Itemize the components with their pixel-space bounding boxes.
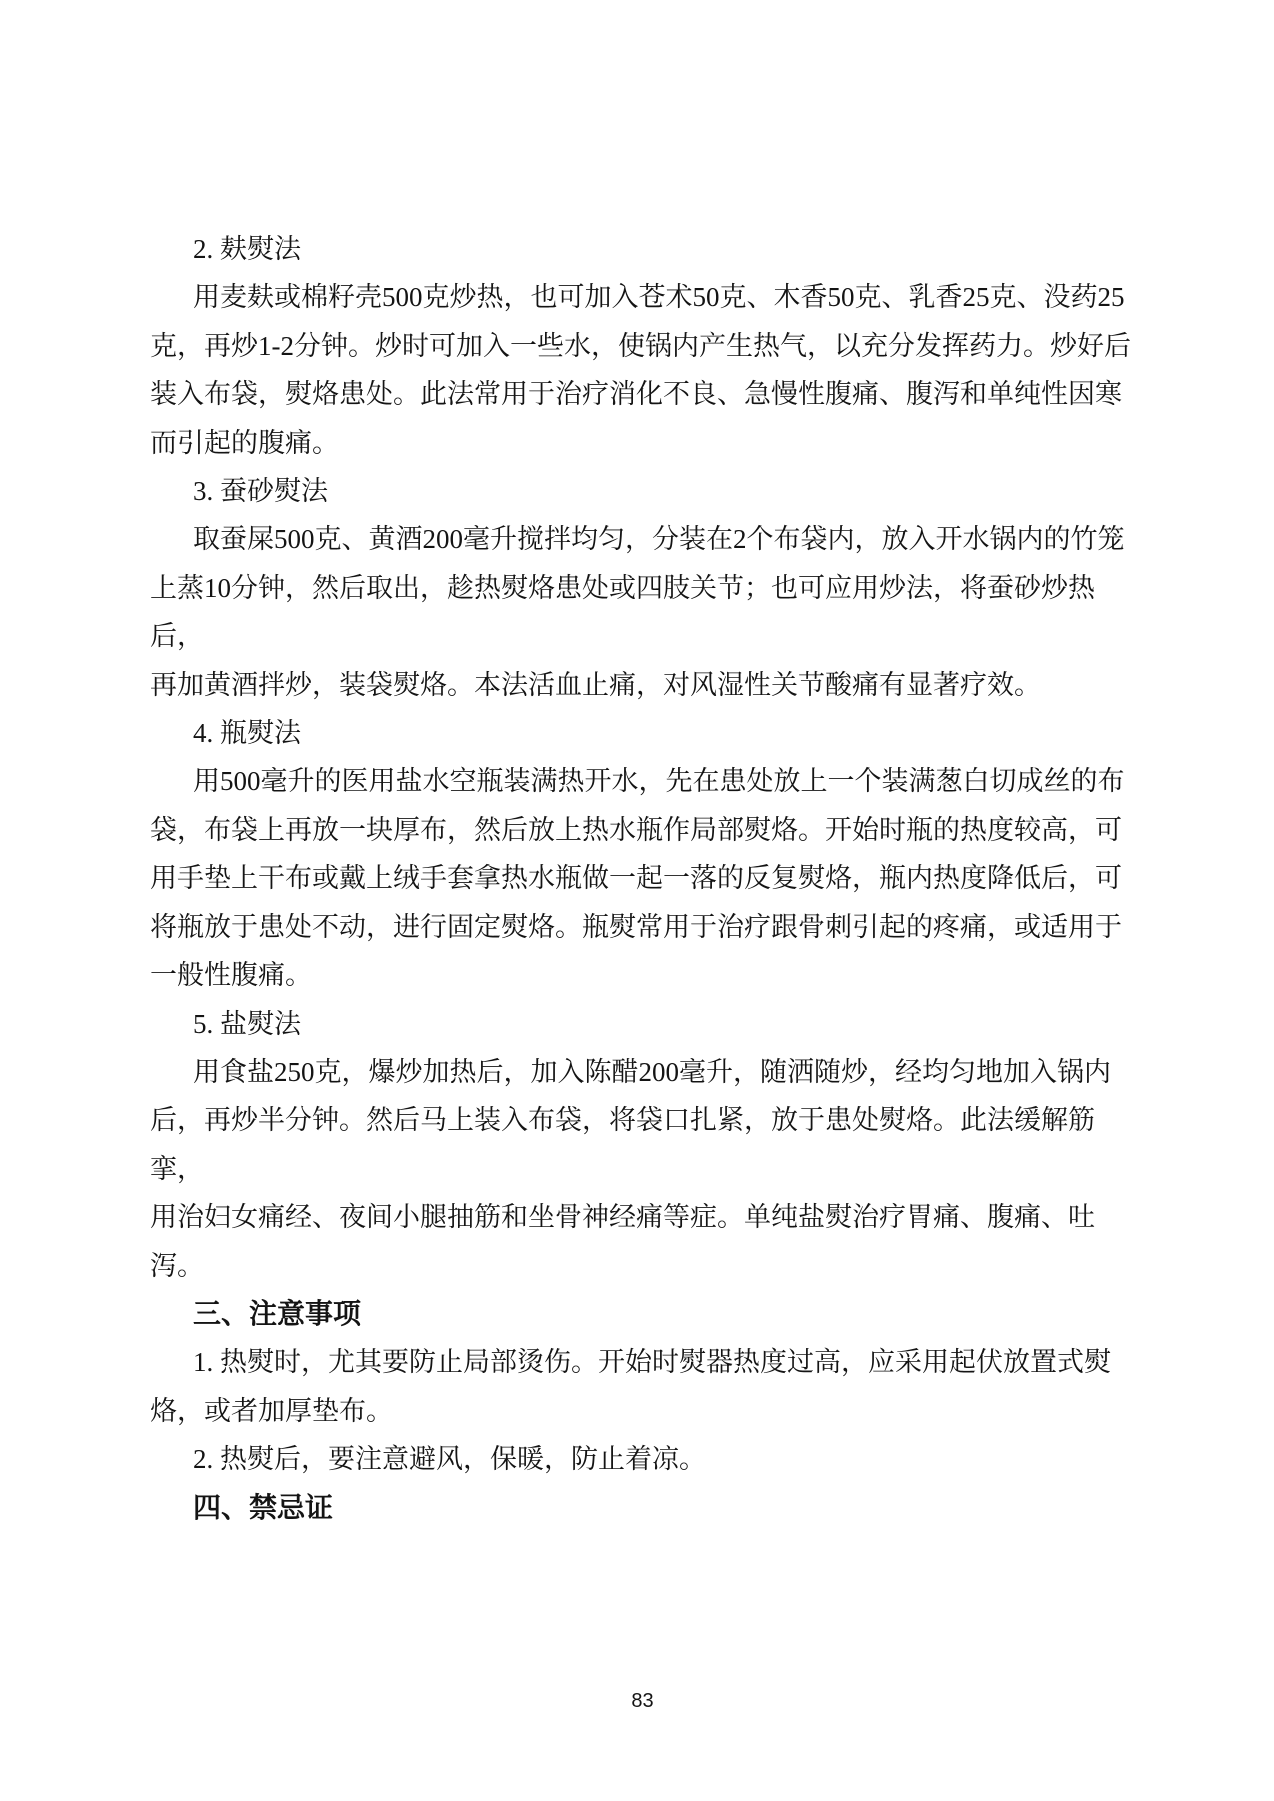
paragraph-precaution-2: 2. 热熨后，要注意避风，保暖，防止着凉。 [150,1435,1135,1483]
paragraph-method-2-bran: 用麦麸或棉籽壳500克炒热，也可加入苍术50克、木香50克、乳香25克、没药25… [150,273,1135,467]
document-page: { "page": { "number": "83" }, "content":… [0,0,1274,1801]
paragraph-method-4-bottle: 用500毫升的医用盐水空瓶装满热开水，先在患处放上一个装满葱白切成丝的布 袋，布… [150,757,1135,999]
heading-contraindications: 四、禁忌证 [150,1484,1135,1532]
paragraph-precaution-1: 1. 热熨时，尤其要防止局部烫伤。开始时熨器热度过高，应采用起伏放置式熨 烙，或… [150,1338,1135,1435]
page-body-text: 2. 麸熨法 用麦麸或棉籽壳500克炒热，也可加入苍术50克、木香50克、乳香2… [150,225,1135,1532]
paragraph-method-3-silkworm: 取蚕屎500克、黄酒200毫升搅拌均匀，分装在2个布袋内，放入开水锅内的竹笼 上… [150,515,1135,709]
heading-precautions: 三、注意事项 [150,1290,1135,1338]
subheading-method-2-bran: 2. 麸熨法 [150,225,1135,273]
subheading-method-5-salt: 5. 盐熨法 [150,1000,1135,1048]
subheading-method-3-silkworm: 3. 蚕砂熨法 [150,467,1135,515]
paragraph-method-5-salt: 用食盐250克，爆炒加热后，加入陈醋200毫升，随洒随炒，经均匀地加入锅内 后，… [150,1048,1135,1290]
page-number: 83 [150,1690,1135,1713]
subheading-method-4-bottle: 4. 瓶熨法 [150,709,1135,757]
